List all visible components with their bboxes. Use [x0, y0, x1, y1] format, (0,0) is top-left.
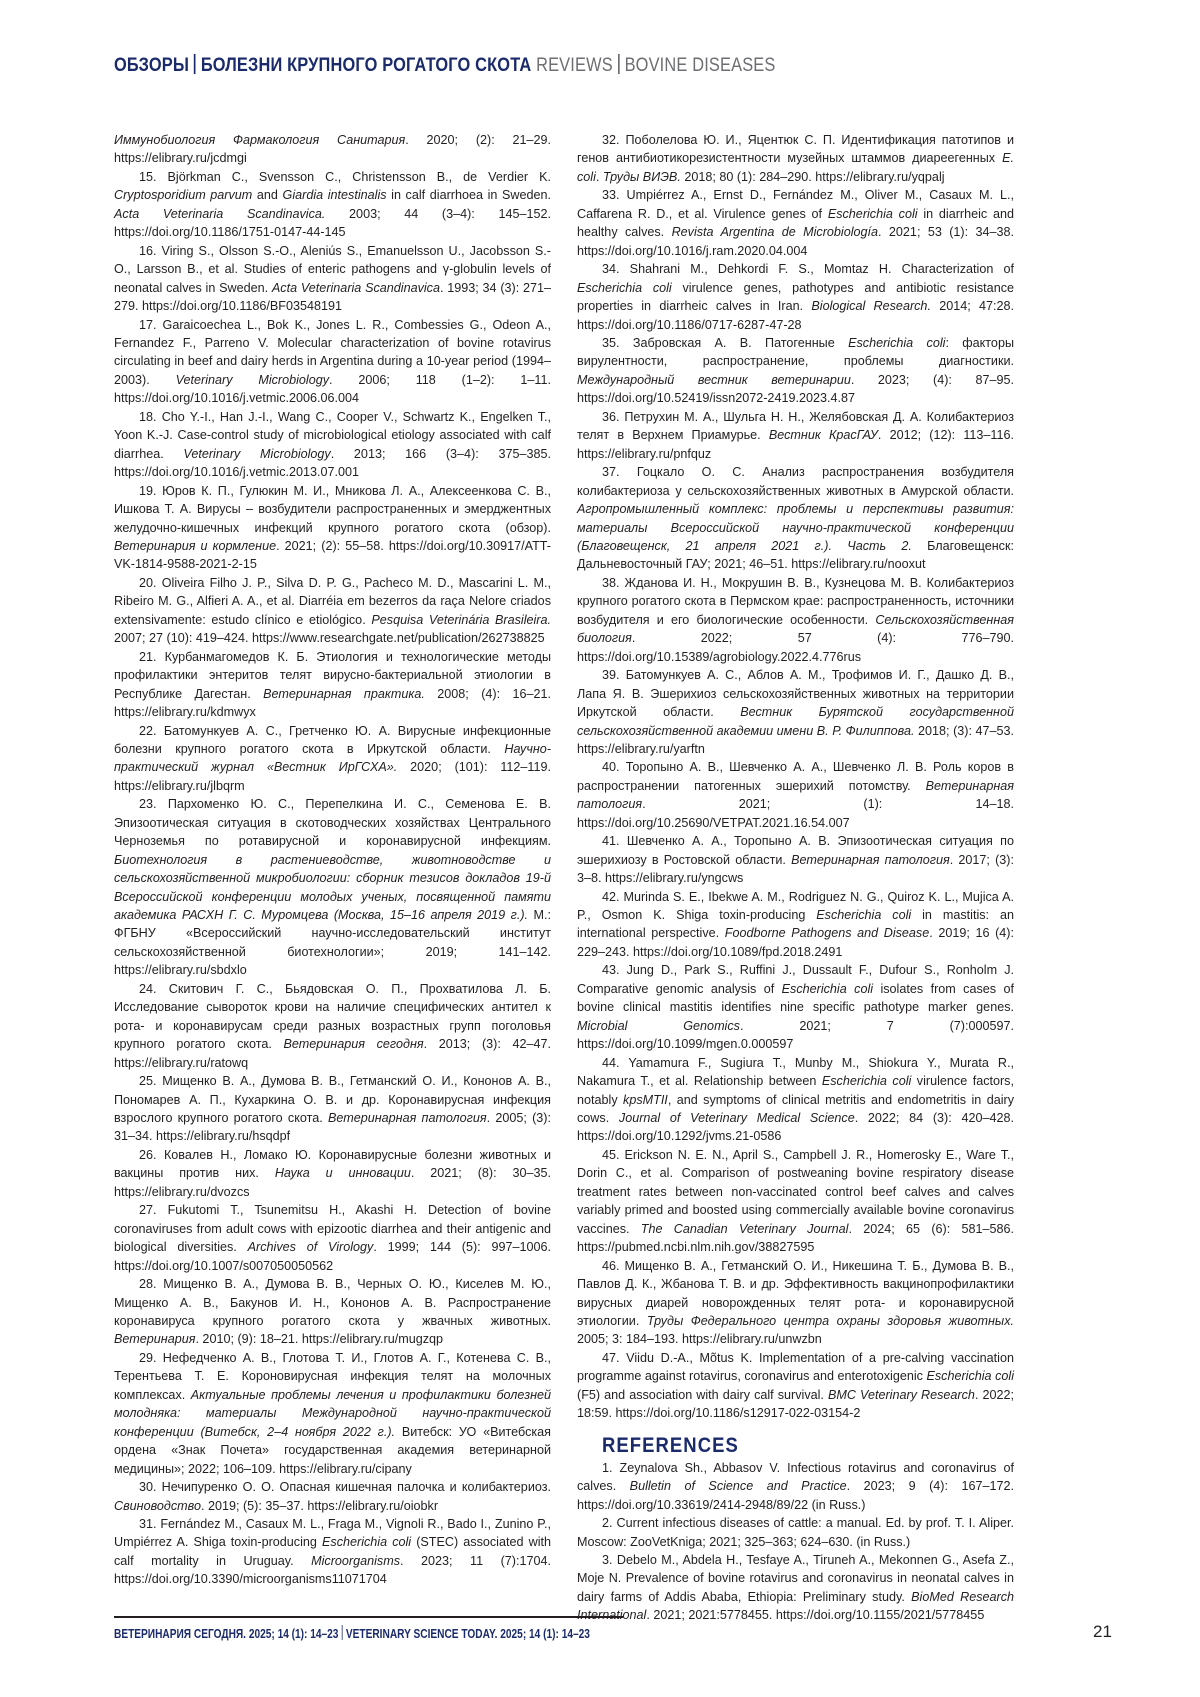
italic-title-run: Ветеринария сегодня [284, 1037, 424, 1051]
header-topic-en: BOVINE DISEASES [625, 54, 776, 76]
text-run: . 2021; 2021:5778455. https://doi.org/10… [646, 1608, 984, 1622]
reference-entry: 29. Нефедченко А. В., Глотова Т. И., Гло… [114, 1349, 551, 1478]
text-run: 35. Забровская А. В. Патогенные [602, 336, 848, 350]
italic-title-run: Escherichia coli [822, 1074, 911, 1088]
english-references-list: 1. Zeynalova Sh., Abbasov V. Infectious … [577, 1459, 1014, 1625]
italic-title-run: Ветеринария и кормление [114, 539, 276, 553]
reference-entry: 40. Торопыно А. В., Шевченко А. А., Шевч… [577, 758, 1014, 832]
reference-entry: 47. Viidu D.-A., Mõtus K. Implementation… [577, 1349, 1014, 1423]
reference-entry: 15. Björkman C., Svensson C., Christenss… [114, 168, 551, 242]
italic-title-run: Иммунобиология Фармакология Санитария [114, 133, 405, 147]
running-header: ОБЗОРЫБОЛЕЗНИ КРУПНОГО РОГАТОГО СКОТА RE… [114, 54, 775, 77]
reference-entry: 18. Cho Y.-I., Han J.-I., Wang C., Coope… [114, 408, 551, 482]
italic-title-run: Foodborne Pathogens and Disease [725, 926, 929, 940]
italic-title-run: Pesquisa Veterinária Brasileira. [371, 613, 551, 627]
italic-title-run: Труды Федерального центра охраны здоровь… [647, 1314, 1014, 1328]
text-run: in calf diarrhoea in Sweden. [387, 188, 551, 202]
reference-entry: 25. Мищенко В. А., Думова В. В., Гетманс… [114, 1072, 551, 1146]
reference-entry: 35. Забровская А. В. Патогенные Escheric… [577, 334, 1014, 408]
italic-title-run: Escherichia coli [848, 336, 945, 350]
footer-citation-ru: ВЕТЕРИНАРИЯ СЕГОДНЯ. 2025; 14 (1): 14–23 [114, 1626, 338, 1641]
text-run: . 2021; (1): 14–18. https://doi.org/10.2… [577, 797, 1014, 829]
italic-title-run: Ветеринарная практика. [263, 687, 425, 701]
header-section-ru: ОБЗОРЫ [114, 54, 189, 76]
italic-title-run: Труды ВИЭВ. [603, 170, 681, 184]
italic-title-run: Биотехнология в растениеводстве, животно… [114, 853, 551, 922]
italic-title-run: Вестник КрасГАУ [769, 428, 878, 442]
reference-entry: 20. Oliveira Filho J. P., Silva D. P. G.… [114, 574, 551, 648]
references-heading: REFERENCES [602, 1433, 965, 1459]
left-column-reference-list: Иммунобиология Фармакология Санитария. 2… [114, 131, 551, 1589]
reference-entry: 44. Yamamura F., Sugiura T., Munby M., S… [577, 1054, 1014, 1146]
reference-entry: 46. Мищенко В. А., Гетманский О. И., Ник… [577, 1257, 1014, 1349]
text-run: . 2019; (5): 35–37. https://elibrary.ru/… [201, 1499, 438, 1513]
italic-title-run: Acta Veterinaria Scandinavica. [114, 207, 325, 221]
italic-title-run: Veterinary Microbiology [176, 373, 329, 387]
reference-entry: 41. Шевченко А. А., Торопыно А. В. Эпизо… [577, 832, 1014, 887]
header-divider [618, 54, 620, 74]
footer-divider [342, 1625, 343, 1640]
reference-entry: 16. Viring S., Olsson S.-O., Aleniús S.,… [114, 242, 551, 316]
text-run: 19. Юров К. П., Гулюкин М. И., Мникова Л… [114, 484, 551, 535]
italic-title-run: Ветеринарная патология [328, 1111, 487, 1125]
reference-entry: 1. Zeynalova Sh., Abbasov V. Infectious … [577, 1459, 1014, 1514]
text-run: . 2010; (9): 18–21. https://elibrary.ru/… [195, 1332, 443, 1346]
reference-entry: 26. Ковалев Н., Ломако Ю. Коронавирусные… [114, 1146, 551, 1201]
italic-title-run: BMC Veterinary Research [828, 1388, 975, 1402]
text-run: 2. Current infectious diseases of cattle… [577, 1516, 1014, 1548]
text-run: 34. Shahrani M., Dehkordi F. S., Momtaz … [602, 262, 1014, 276]
reference-entry: 17. Garaicoechea L., Bok K., Jones L. R.… [114, 316, 551, 408]
italic-title-run: Ветеринария [114, 1332, 195, 1346]
text-run: and [252, 188, 282, 202]
text-run: 2005; 3: 184–193. https://elibrary.ru/un… [577, 1332, 822, 1346]
text-run: 30. Нечипуренко О. О. Опасная кишечная п… [139, 1480, 551, 1494]
reference-entry: Иммунобиология Фармакология Санитария. 2… [114, 131, 551, 168]
text-run: . [596, 170, 603, 184]
reference-entry: 19. Юров К. П., Гулюкин М. И., Мникова Л… [114, 482, 551, 574]
text-run: 37. Гоцкало О. С. Анализ распространения… [577, 465, 1014, 497]
page-number: 21 [1093, 1622, 1112, 1642]
reference-entry: 43. Jung D., Park S., Ruffini J., Dussau… [577, 961, 1014, 1053]
italic-title-run: Acta Veterinaria Scandinavica [272, 281, 440, 295]
italic-title-run: Escherichia coli [322, 1535, 411, 1549]
reference-entry: 2. Current infectious diseases of cattle… [577, 1514, 1014, 1551]
reference-entry: 24. Скитович Г. С., Бьядовская О. П., Пр… [114, 980, 551, 1072]
reference-entry: 39. Батомункуев А. С., Аблов А. М., Троф… [577, 666, 1014, 758]
text-run: 2018; 80 (1): 284–290. https://elibrary.… [681, 170, 945, 184]
header-section-en: REVIEWS [536, 54, 613, 76]
italic-title-run: Наука и инновации [275, 1166, 411, 1180]
reference-entry: 21. Курбанмагомедов К. Б. Этиология и те… [114, 648, 551, 722]
italic-title-run: Bulletin of Science and Practice [630, 1479, 847, 1493]
italic-title-run: Escherichia coli [782, 982, 873, 996]
header-divider [194, 54, 196, 74]
text-run: 15. Björkman C., Svensson C., Christenss… [139, 170, 551, 184]
italic-title-run: Giardia intestinalis [283, 188, 387, 202]
reference-entry: 33. Umpiérrez A., Ernst D., Fernández M.… [577, 186, 1014, 260]
italic-title-run: Biological Research. [811, 299, 931, 313]
reference-entry: 31. Fernández M., Casaux M. L., Fraga M.… [114, 1515, 551, 1589]
reference-entry: 34. Shahrani M., Dehkordi F. S., Momtaz … [577, 260, 1014, 334]
italic-title-run: The Canadian Veterinary Journal [641, 1222, 849, 1236]
italic-title-run: Свиноводство [114, 1499, 201, 1513]
italic-title-run: Escherichia coli [577, 281, 672, 295]
italic-title-run: Escherichia coli [926, 1369, 1014, 1383]
reference-entry: 32. Поболелова Ю. И., Яцентюк С. П. Иден… [577, 131, 1014, 186]
reference-entry: 45. Erickson N. E. N., April S., Campbel… [577, 1146, 1014, 1257]
italic-title-run: Revista Argentina de Microbiología [672, 225, 878, 239]
text-run: . 2022; 57 (4): 776–790. https://doi.org… [577, 631, 1014, 663]
footer-rule [114, 1616, 623, 1618]
reference-entry: 3. Debelo M., Abdela H., Tesfaye A., Tir… [577, 1551, 1014, 1625]
header-topic-ru: БОЛЕЗНИ КРУПНОГО РОГАТОГО СКОТА [201, 54, 532, 76]
footer-citation-en: VETERINARY SCIENCE TODAY. 2025; 14 (1): … [346, 1626, 590, 1641]
reference-entry: 36. Петрухин М. А., Шульга Н. Н., Желябо… [577, 408, 1014, 463]
reference-entry: 23. Пархоменко Ю. С., Перепелкина И. С.,… [114, 795, 551, 980]
italic-title-run: Escherichia coli [816, 908, 911, 922]
italic-title-run: Международный вестник ветеринарии [577, 373, 851, 387]
italic-title-run: Archives of Virology [248, 1240, 374, 1254]
text-run: 2007; 27 (10): 419–424. https://www.rese… [114, 631, 545, 645]
italic-title-run: Journal of Veterinary Medical Science [619, 1111, 855, 1125]
reference-entry: 22. Батомункуев А. С., Гретченко Ю. А. В… [114, 722, 551, 796]
russian-references-continued: 32. Поболелова Ю. И., Яцентюк С. П. Иден… [577, 131, 1014, 1423]
reference-entry: 42. Murinda S. E., Ibekwe A. M., Rodrigu… [577, 888, 1014, 962]
reference-entry: 27. Fukutomi T., Tsunemitsu H., Akashi H… [114, 1201, 551, 1275]
journal-citation-footer: ВЕТЕРИНАРИЯ СЕГОДНЯ. 2025; 14 (1): 14–23… [114, 1625, 590, 1641]
italic-title-run: Veterinary Microbiology [183, 447, 330, 461]
italic-title-run: Cryptosporidium parvum [114, 188, 252, 202]
text-run: 22. Батомункуев А. С., Гретченко Ю. А. В… [114, 724, 551, 756]
reference-entry: 30. Нечипуренко О. О. Опасная кишечная п… [114, 1478, 551, 1515]
italic-title-run: kpsMTII [623, 1093, 668, 1107]
text-run: 32. Поболелова Ю. И., Яцентюк С. П. Иден… [577, 133, 1014, 165]
italic-title-run: Microorganisms [311, 1554, 400, 1568]
italic-title-run: Escherichia coli [828, 207, 918, 221]
italic-title-run: Microbial Genomics [577, 1019, 740, 1033]
text-run: 28. Мищенко В. А., Думова В. В., Черных … [114, 1277, 551, 1328]
reference-entry: 28. Мищенко В. А., Думова В. В., Черных … [114, 1275, 551, 1349]
right-column-reference-list: 32. Поболелова Ю. И., Яцентюк С. П. Иден… [577, 131, 1014, 1625]
reference-entry: 37. Гоцкало О. С. Анализ распространения… [577, 463, 1014, 574]
text-run: 23. Пархоменко Ю. С., Перепелкина И. С.,… [114, 797, 551, 848]
text-run: (F5) and association with dairy calf sur… [577, 1388, 828, 1402]
reference-entry: 38. Жданова И. Н., Мокрушин В. В., Кузне… [577, 574, 1014, 666]
italic-title-run: Ветеринарная патология [791, 853, 950, 867]
